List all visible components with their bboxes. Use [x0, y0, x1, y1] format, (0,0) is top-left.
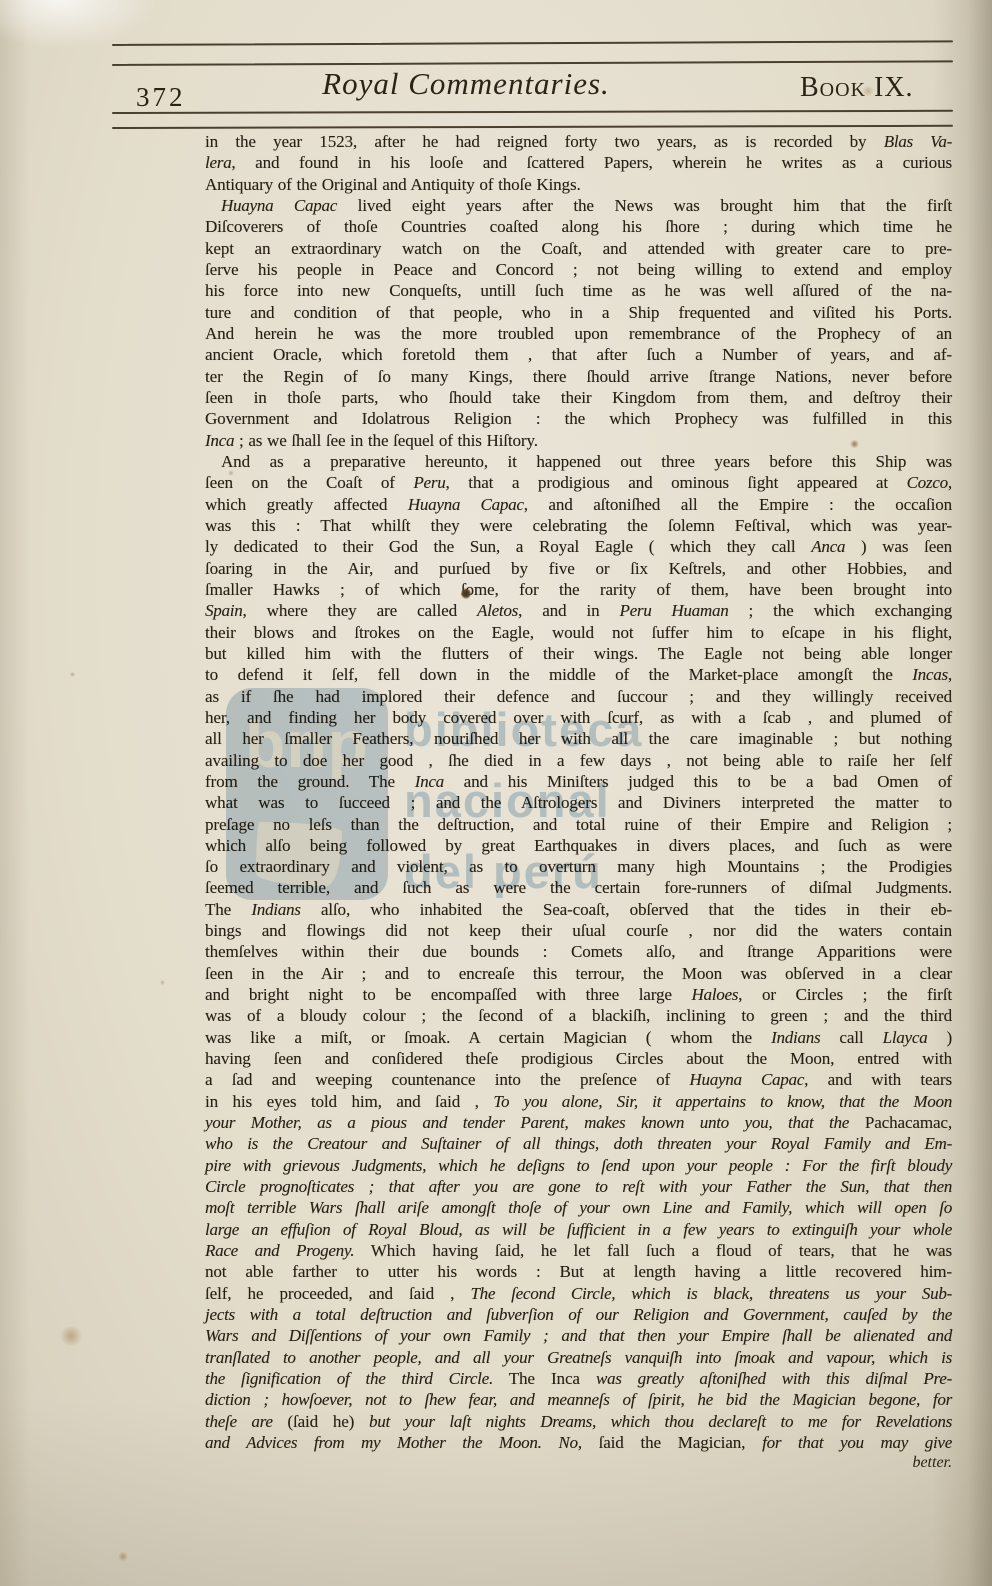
text-line: lera, and found in his looſe and ſcatter… [205, 152, 952, 173]
text-line: what was to ſucceed ; and the Aſtrologer… [205, 792, 952, 813]
text-line: ſeemed terrible, and ſuch as were the ce… [205, 877, 952, 898]
text-line: and bright night to be encompaſſed with … [205, 984, 952, 1005]
text-line: ſo extraordinary and violent, as to over… [205, 856, 952, 877]
book-page-scan: 372 Royal Commentaries. Book IX. in the … [0, 0, 992, 1586]
text-line: was of a bloudy colour ; the ſecond of a… [205, 1005, 952, 1026]
header-rule-bottom-inner [112, 125, 953, 129]
header-rule-bottom-outer [112, 110, 953, 114]
text-line: the ſignification of the third Circle. T… [205, 1368, 952, 1389]
text-line: theſe are (ſaid he) but your laſt nights… [205, 1411, 952, 1432]
text-line: but killed him with the flutters of thei… [205, 643, 952, 664]
text-line: her, and finding her body covered over w… [205, 707, 952, 728]
text-line: ſeen in the Air ; and to encreaſe this t… [205, 963, 952, 984]
text-line: in the year 1523, after he had reigned f… [205, 131, 952, 152]
text-line: was like a miſt, or ſmoak. A certain Mag… [205, 1027, 952, 1048]
text-line: ſelf, he proceeded, and ſaid , The ſecon… [205, 1283, 952, 1304]
text-line: large an effuſion of Royal Bloud, as wil… [205, 1219, 952, 1240]
text-line: and Advices from my Mother the Moon. No,… [205, 1432, 952, 1453]
book-label: Book IX. [800, 72, 914, 104]
text-line: Government and Idolatrous Religion : the… [205, 408, 952, 429]
text-line: a ſad and weeping countenance into the p… [205, 1069, 952, 1090]
text-line: ſerve his people in Peace and Concord ; … [205, 259, 952, 280]
text-line: Diſcoverers of thoſe Countries coaſted a… [205, 216, 952, 237]
text-line: Circle prognoſticates ; that after you a… [205, 1176, 952, 1197]
text-line: having ſeen and conſidered theſe prodigi… [205, 1048, 952, 1069]
header-rule-top-outer [112, 40, 953, 46]
text-line: ſeen on the Coaſt of Peru, that a prodig… [205, 472, 952, 493]
text-line: preſage no leſs than the deſtruction, an… [205, 814, 952, 835]
text-line: moſt terrible Wars ſhall ariſe amongſt t… [205, 1197, 952, 1218]
text-line: ture and condition of that people, who i… [205, 302, 952, 323]
text-line: Race and Progeny. Which having ſaid, he … [205, 1240, 952, 1261]
text-line: kept an extraordinary watch on the Coaſt… [205, 238, 952, 259]
text-line: Inca ; as we ſhall ſee in the ſequel of … [205, 430, 952, 451]
text-line: Wars and Diſſentions of your own Family … [205, 1325, 952, 1346]
foxing-spot [60, 1326, 82, 1346]
text-line: not able farther to utter his words : Bu… [205, 1261, 952, 1282]
text-line: ſoaring in the Air, and purſued by five … [205, 558, 952, 579]
text-line: as if ſhe had implored their defence and… [205, 686, 952, 707]
text-line: his force into new Conqueſts, untill ſuc… [205, 280, 952, 301]
text-line: jects with a total deſtruction and ſubve… [205, 1304, 952, 1325]
text-line: your Mother, as a pious and tender Paren… [205, 1112, 952, 1133]
text-line: diction ; howſoever, not to ſhew fear, a… [205, 1389, 952, 1410]
text-line: in his eyes told him, and ſaid , To you … [205, 1091, 952, 1112]
text-line: who is the Creatour and Suſtainer of all… [205, 1133, 952, 1154]
text-line: ly dedicated to their God the Sun, a Roy… [205, 536, 952, 557]
text-line: ſmaller Hawks ; of which ſome, for the r… [205, 579, 952, 600]
text-line: And herein he was the more troubled upon… [205, 323, 952, 344]
paper-speck [160, 980, 165, 985]
text-line: ſeen in thoſe parts, who ſhould take the… [205, 387, 952, 408]
text-line: to defend it ſelf, fell down in the midd… [205, 664, 952, 685]
text-line: Spain, where they are called Aletos, and… [205, 600, 952, 621]
text-line: And as a preparative hereunto, it happen… [205, 451, 952, 472]
text-line: availing to doe her good , ſhe died in a… [205, 750, 952, 771]
text-line: from the ground. The Inca and his Miniſt… [205, 771, 952, 792]
text-block: in the year 1523, after he had reigned f… [205, 131, 952, 1453]
text-line: which greatly affected Huayna Capac, and… [205, 494, 952, 515]
text-line: The Indians alſo, who inhabited the Sea-… [205, 899, 952, 920]
text-line: their blows and ſtrokes on the Eagle, wo… [205, 622, 952, 643]
text-line: bings and flowings did not keep their uſ… [205, 920, 952, 941]
text-line: Huayna Capac lived eight years after the… [205, 195, 952, 216]
text-line: ter the Regin of ſo many Kings, there ſh… [205, 366, 952, 387]
text-line: was this : That whilſt they were celebra… [205, 515, 952, 536]
catchword: better. [205, 1453, 952, 1473]
text-line: which alſo being followed by great Earth… [205, 835, 952, 856]
text-line: ancient Oracle, which foretold them , th… [205, 344, 952, 365]
text-line: pire with grievous Judgments, which he d… [205, 1155, 952, 1176]
text-line: all her ſmaller Feathers, nouriſhed her … [205, 728, 952, 749]
foxing-spot [118, 1552, 128, 1561]
text-line: themſelves within their due bounds : Com… [205, 941, 952, 962]
paper-speck [70, 672, 75, 677]
text-line: Antiquary of the Original and Antiquity … [205, 174, 952, 195]
text-line: tranſlated to another people, and all yo… [205, 1347, 952, 1368]
